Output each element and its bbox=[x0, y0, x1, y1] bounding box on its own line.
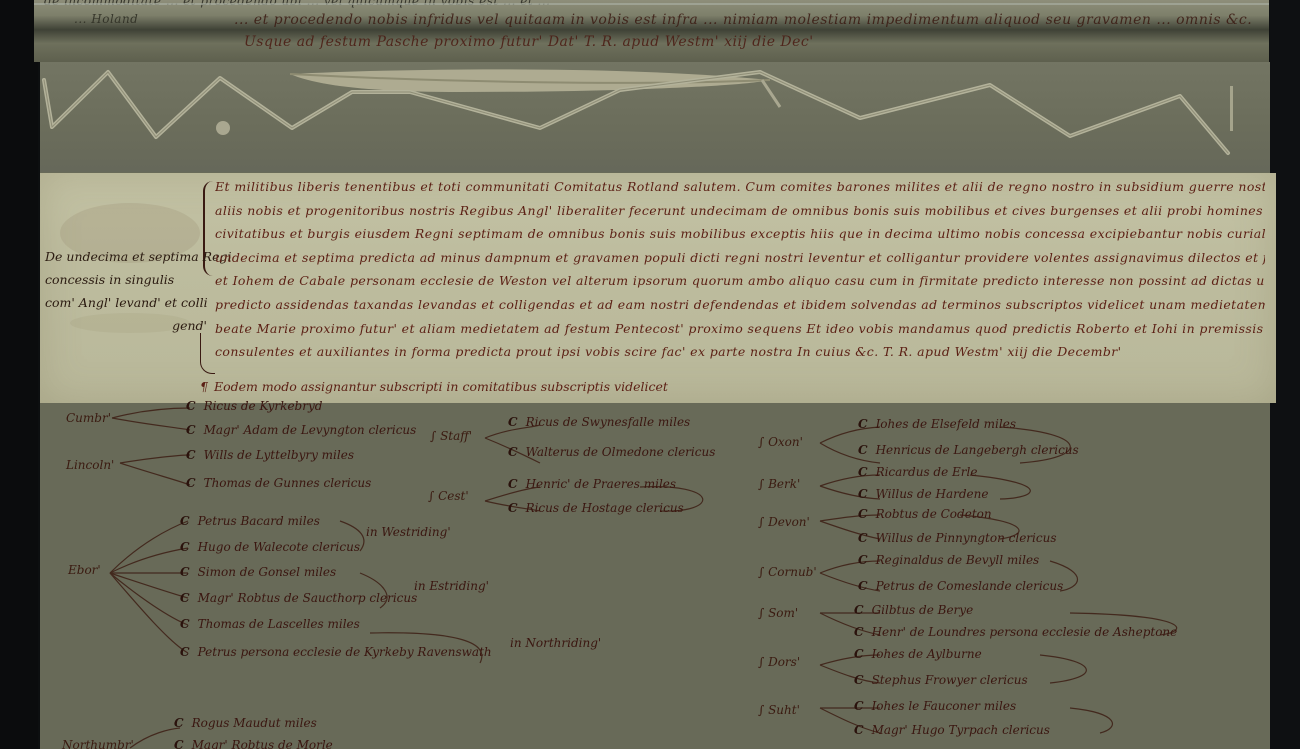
text-line: Et militibus liberis tenentibus et toti … bbox=[215, 179, 1265, 203]
assignee-entry: CStephus Frowyer clericus bbox=[854, 673, 1028, 687]
county-label: ∫ Som' bbox=[758, 606, 798, 620]
paragraph-mark-icon: C bbox=[186, 448, 196, 462]
final-line-text: Eodem modo assignantur subscripti in com… bbox=[214, 379, 668, 394]
assignee-entry: CPetrus de Comeslande clericus bbox=[858, 579, 1063, 593]
county-name: Som' bbox=[768, 606, 798, 620]
text-line: et Iohem de Cabale personam ecclesie de … bbox=[215, 273, 1265, 297]
text-line: predicto assidendas taxandas levandas et… bbox=[215, 297, 1265, 321]
assignee-name: Henricus de Langebergh clericus bbox=[876, 443, 1079, 457]
assignee-name: Thomas de Gunnes clericus bbox=[204, 476, 372, 490]
text-line: beate Marie proximo futur' et aliam medi… bbox=[215, 321, 1265, 345]
assignee-name: Robtus de Codeton bbox=[876, 507, 992, 521]
county-name: Staff' bbox=[440, 429, 472, 443]
assignee-entry: CPetrus Bacard miles bbox=[180, 514, 320, 528]
paragraph-mark-icon: C bbox=[858, 531, 868, 545]
county-name: Dors' bbox=[768, 655, 800, 669]
margin-line: De undecima et septima Regi bbox=[45, 249, 215, 272]
pilcrow-icon: ∫ bbox=[758, 655, 768, 669]
riding-label: in Westriding' bbox=[366, 525, 451, 539]
paragraph-mark-icon: C bbox=[508, 477, 518, 491]
assignee-name: Ricus de Swynesfalle miles bbox=[526, 415, 691, 429]
assignee-entry: CMagr' Robtus de Saucthorp clericus bbox=[180, 591, 417, 605]
riding-label: in Estriding' bbox=[414, 579, 489, 593]
paragraph-mark-icon: C bbox=[858, 487, 868, 501]
county-label: ∫ Devon' bbox=[758, 515, 810, 529]
county-label: ∫ Oxon' bbox=[758, 435, 803, 449]
paragraph-mark-icon: C bbox=[186, 399, 196, 413]
paragraph-mark-icon: C bbox=[180, 645, 190, 659]
assignee-name: Reginaldus de Bevyll miles bbox=[876, 553, 1040, 567]
assignee-entry: CRicus de Kyrkebryd bbox=[186, 399, 322, 413]
writ-text: Et militibus liberis tenentibus et toti … bbox=[215, 179, 1265, 368]
paragraph-mark-icon: C bbox=[854, 673, 864, 687]
assignee-entry: CHenr' de Loundres persona ecclesie de A… bbox=[854, 625, 1177, 639]
paragraph-mark-icon: C bbox=[858, 507, 868, 521]
paragraph-mark-icon: C bbox=[180, 591, 190, 605]
assignee-entry: CRicardus de Erle bbox=[858, 465, 977, 479]
assignee-entry: CIohes de Elsefeld miles bbox=[858, 417, 1016, 431]
assignee-name: Stephus Frowyer clericus bbox=[872, 673, 1028, 687]
county-label: Ebor' bbox=[68, 563, 101, 577]
assignee-name: Iohes de Aylburne bbox=[872, 647, 982, 661]
paragraph-mark-icon: C bbox=[858, 443, 868, 457]
pilcrow-icon: ∫ bbox=[758, 606, 768, 620]
county-label: ∫ Dors' bbox=[758, 655, 800, 669]
assignee-entry: CSimon de Gonsel miles bbox=[180, 565, 336, 579]
manuscript-viewer: de incommoditate ... et procedendo ubi .… bbox=[0, 0, 1300, 749]
paragraph-mark-icon: ¶ bbox=[200, 379, 208, 394]
assignee-entry: CWills de Lyttelbyry miles bbox=[186, 448, 354, 462]
assignee-name: Hugo de Walecote clericus bbox=[198, 540, 360, 554]
assignee-entry: CGilbtus de Berye bbox=[854, 603, 973, 617]
text-line: aliis nobis et progenitoribus nostris Re… bbox=[215, 203, 1265, 227]
paragraph-mark-icon: C bbox=[858, 465, 868, 479]
assignee-name: Ricardus de Erle bbox=[876, 465, 978, 479]
assignee-name: Petrus Bacard miles bbox=[198, 514, 320, 528]
paragraph-mark-icon: C bbox=[180, 514, 190, 528]
previous-membrane-strip: de incommoditate ... et procedendo ubi .… bbox=[34, 0, 1269, 62]
assignee-entry: CPetrus persona ecclesie de Kyrkeby Rave… bbox=[180, 645, 492, 659]
paragraph-mark-icon: C bbox=[508, 415, 518, 429]
county-name: Cest' bbox=[438, 489, 469, 503]
assignee-name: Ricus de Hostage clericus bbox=[526, 501, 684, 515]
assignee-name: Petrus de Comeslande clericus bbox=[876, 579, 1064, 593]
top-strip-line-2: Usque ad festum Pasche proximo futur' Da… bbox=[244, 34, 814, 50]
assignee-name: Thomas de Lascelles miles bbox=[198, 617, 360, 631]
assignee-entry: CMagr' Adam de Levyngton clericus bbox=[186, 423, 416, 437]
pilcrow-icon: ∫ bbox=[428, 489, 438, 503]
assignee-name: Henric' de Praeres miles bbox=[526, 477, 677, 491]
paragraph-mark-icon: C bbox=[174, 716, 184, 730]
top-strip-signature: ... Holand bbox=[74, 12, 138, 26]
assignee-name: Magr' Hugo Tyrpach clericus bbox=[872, 723, 1050, 737]
assignee-entry: CWalterus de Olmedone clericus bbox=[508, 445, 715, 459]
assignee-entry: CRobtus de Codeton bbox=[858, 507, 992, 521]
county-label: Lincoln' bbox=[66, 458, 114, 472]
paragraph-mark-icon: C bbox=[508, 445, 518, 459]
assignee-name: Magr' Robtus de Saucthorp clericus bbox=[198, 591, 418, 605]
paragraph-mark-icon: C bbox=[186, 476, 196, 490]
marginal-note: De undecima et septima Regi concessis in… bbox=[45, 249, 215, 341]
text-line: civitatibus et burgis eiusdem Regni sept… bbox=[215, 226, 1265, 250]
assignee-entry: CRogus Maudut miles bbox=[174, 716, 317, 730]
riding-label: in Northriding' bbox=[510, 636, 601, 650]
assignee-entry: CWillus de Hardene bbox=[858, 487, 988, 501]
assignee-name: Petrus persona ecclesie de Kyrkeby Raven… bbox=[198, 645, 492, 659]
paragraph-mark-icon: C bbox=[854, 625, 864, 639]
assignee-name: Willus de Pinnyngton clericus bbox=[876, 531, 1057, 545]
pilcrow-icon: ∫ bbox=[758, 703, 768, 717]
stitching-icon bbox=[40, 62, 1270, 172]
top-strip-line-1: ... et procedendo nobis infridus vel qui… bbox=[234, 12, 1252, 28]
text-line: undecima et septima predicta ad minus da… bbox=[215, 250, 1265, 274]
paragraph-mark-icon: C bbox=[854, 699, 864, 713]
assignee-entry: CIohes de Aylburne bbox=[854, 647, 982, 661]
highlighted-passage: De undecima et septima Regi concessis in… bbox=[40, 173, 1276, 403]
paragraph-mark-icon: C bbox=[858, 579, 868, 593]
paragraph-mark-icon: C bbox=[854, 647, 864, 661]
pilcrow-icon: ∫ bbox=[758, 565, 768, 579]
assignee-entry: CHenricus de Langebergh clericus bbox=[858, 443, 1079, 457]
pilcrow-icon: ∫ bbox=[758, 435, 768, 449]
assignee-name: Iohes de Elsefeld miles bbox=[876, 417, 1016, 431]
membrane-edge bbox=[34, 3, 1269, 5]
assignee-entry: CReginaldus de Bevyll miles bbox=[858, 553, 1039, 567]
assignee-entry: CThomas de Lascelles miles bbox=[180, 617, 360, 631]
county-label: Northumbr' bbox=[62, 738, 134, 749]
paragraph-mark-icon: C bbox=[858, 417, 868, 431]
county-name: Devon' bbox=[768, 515, 810, 529]
paragraph-mark-icon: C bbox=[186, 423, 196, 437]
paragraph-mark-icon: C bbox=[858, 553, 868, 567]
assignee-entry: CHenric' de Praeres miles bbox=[508, 477, 676, 491]
pilcrow-icon: ∫ bbox=[758, 515, 768, 529]
pilcrow-icon: ∫ bbox=[430, 429, 440, 443]
county-name: Cornub' bbox=[768, 565, 817, 579]
margin-line: concessis in singulis bbox=[45, 272, 215, 295]
paragraph-mark-icon: C bbox=[180, 617, 190, 631]
county-label: ∫ Suht' bbox=[758, 703, 800, 717]
background-left bbox=[0, 0, 38, 749]
assignee-entry: CHugo de Walecote clericus bbox=[180, 540, 360, 554]
county-name: Suht' bbox=[768, 703, 800, 717]
assignee-entry: CIohes le Fauconer miles bbox=[854, 699, 1016, 713]
assignments-list: Cumbr' CRicus de Kyrkebryd CMagr' Adam d… bbox=[40, 403, 1270, 749]
county-name: Berk' bbox=[768, 477, 800, 491]
text-line-final: ¶Eodem modo assignantur subscripti in co… bbox=[200, 379, 668, 394]
assignee-name: Magr' Adam de Levyngton clericus bbox=[204, 423, 417, 437]
county-label: Cumbr' bbox=[66, 411, 111, 425]
paragraph-mark-icon: C bbox=[854, 723, 864, 737]
assignee-entry: CRicus de Swynesfalle miles bbox=[508, 415, 690, 429]
county-label: ∫ Berk' bbox=[758, 477, 800, 491]
paragraph-mark-icon: C bbox=[174, 738, 184, 749]
assignee-name: Wills de Lyttelbyry miles bbox=[204, 448, 354, 462]
assignee-entry: CMagr' Robtus de Morle bbox=[174, 738, 333, 749]
assignee-name: Walterus de Olmedone clericus bbox=[526, 445, 716, 459]
margin-line: com' Angl' levand' et colli bbox=[45, 295, 215, 318]
county-label: ∫ Cornub' bbox=[758, 565, 817, 579]
assignee-name: Rogus Maudut miles bbox=[192, 716, 317, 730]
paragraph-mark-icon: C bbox=[854, 603, 864, 617]
county-label: ∫ Staff' bbox=[430, 429, 472, 443]
assignee-name: Willus de Hardene bbox=[876, 487, 989, 501]
paragraph-mark-icon: C bbox=[508, 501, 518, 515]
margin-line: gend' bbox=[45, 318, 215, 341]
assignee-name: Gilbtus de Berye bbox=[872, 603, 974, 617]
county-name: Oxon' bbox=[768, 435, 803, 449]
assignee-name: Iohes le Fauconer miles bbox=[872, 699, 1017, 713]
text-line: consulentes et auxiliantes in forma pred… bbox=[215, 344, 1265, 368]
paragraph-mark-icon: C bbox=[180, 540, 190, 554]
county-label: ∫ Cest' bbox=[428, 489, 469, 503]
assignee-name: Henr' de Loundres persona ecclesie de As… bbox=[872, 625, 1178, 639]
paragraph-mark-icon: C bbox=[180, 565, 190, 579]
margin-connector-icon bbox=[200, 333, 215, 374]
pilcrow-icon: ∫ bbox=[758, 477, 768, 491]
assignee-entry: CThomas de Gunnes clericus bbox=[186, 476, 371, 490]
assignee-name: Ricus de Kyrkebryd bbox=[204, 399, 323, 413]
assignee-name: Simon de Gonsel miles bbox=[198, 565, 337, 579]
assignee-entry: CMagr' Hugo Tyrpach clericus bbox=[854, 723, 1050, 737]
assignee-name: Magr' Robtus de Morle bbox=[192, 738, 333, 749]
assignee-entry: CWillus de Pinnyngton clericus bbox=[858, 531, 1057, 545]
assignee-entry: CRicus de Hostage clericus bbox=[508, 501, 684, 515]
